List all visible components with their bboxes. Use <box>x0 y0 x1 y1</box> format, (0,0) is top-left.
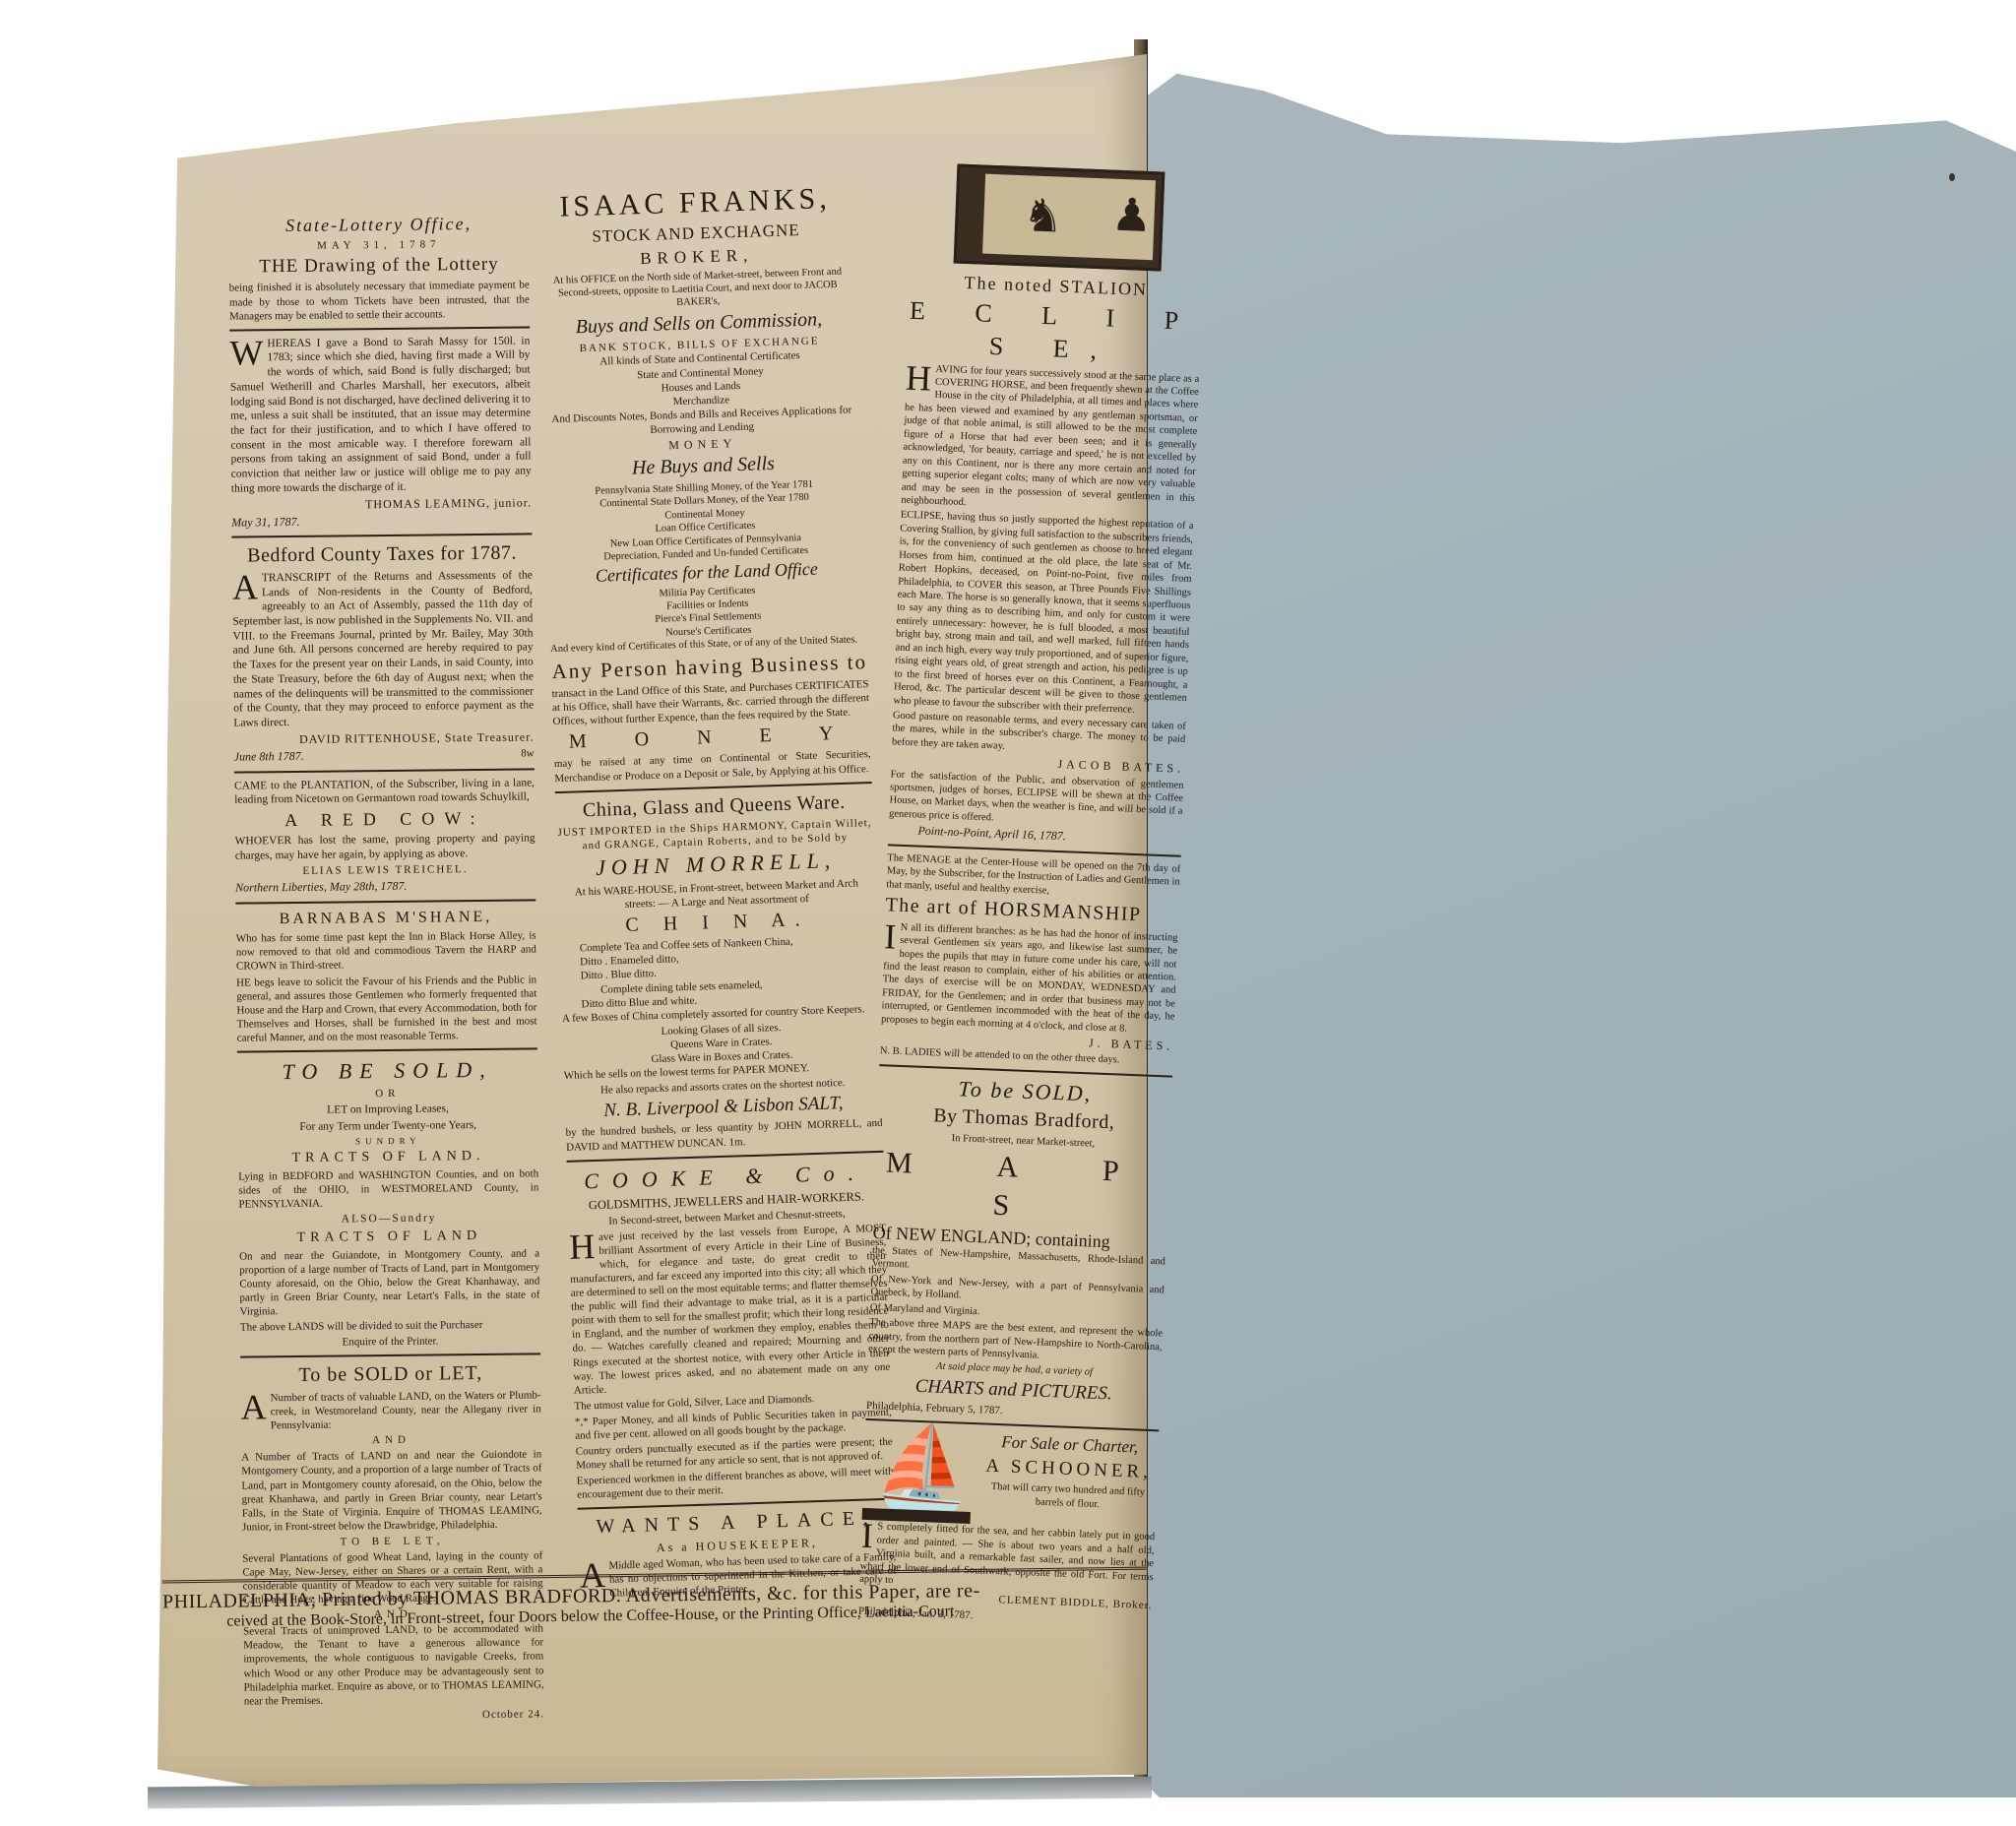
cooke-ad: COOKE & Co. GOLDSMITHS, JEWELLERS and HA… <box>567 1158 895 1502</box>
red-cow-signature: ELIAS LEWIS TREICHEL. <box>235 862 535 879</box>
lottery-notice: State-Lottery Office, MAY 31, 1787 THE D… <box>228 212 530 323</box>
eclipse-body-1: HAVING for four years successively stood… <box>901 361 1199 518</box>
bedford-headline: Bedford County Taxes for 1787. <box>231 541 532 570</box>
and-label: AND <box>241 1432 541 1449</box>
horse-icon: ♞ <box>1022 193 1064 240</box>
china-ad: China, Glass and Queens Ware. JUST IMPOR… <box>555 789 881 1099</box>
lottery-body: being finished it is absolutely necessar… <box>229 279 530 323</box>
tracts-body-3: The above LANDS will be divided to suit … <box>240 1318 540 1335</box>
tracts-for-sale: TO BE SOLD, OR LET on Improving Leases, … <box>237 1055 540 1351</box>
sold-or-let-body-1: A Number of tracts of valuable LAND, on … <box>240 1388 540 1432</box>
column-2: ISAAC FRANKS, STOCK AND EXCHAGNE BROKER,… <box>535 177 897 1604</box>
also-label: ALSO—Sundry <box>239 1211 539 1228</box>
china-items: Complete Tea and Coffee sets of Nankeen … <box>560 932 879 1011</box>
term-line: For any Term under Twenty-one Years, <box>238 1117 538 1135</box>
sold-or-let-body-4: Several Tracts of unimproved LAND, to be… <box>243 1622 544 1709</box>
tracts-enquire: Enquire of the Printer. <box>240 1334 540 1351</box>
bond-body: WHEREAS I gave a Bond to Sarah Massy for… <box>229 334 532 496</box>
divider <box>231 534 532 538</box>
divider <box>237 1047 537 1052</box>
franks-name: ISAAC FRANKS, <box>536 181 854 223</box>
or-label: OR <box>237 1085 537 1102</box>
bedford-taxes: Bedford County Taxes for 1787. A TRANSCR… <box>231 541 534 765</box>
mshane-body-1: Who has for some time past kept the Inn … <box>236 929 536 974</box>
schooner-capacity: That will carry two hundred and fifty ba… <box>978 1480 1157 1514</box>
red-cow-notice: CAME to the PLANTATION, of the Subscribe… <box>234 776 535 897</box>
lottery-headline: THE Drawing of the Lottery <box>228 253 529 281</box>
horse-woodcut-illustration: ♞ ♟ <box>953 163 1165 271</box>
tracts-label-2: TRACTS OF LAND <box>239 1227 539 1247</box>
sold-or-let-headline: To be SOLD or LET, <box>240 1361 540 1390</box>
mshane-body-2: HE begs leave to solicit the Favour of h… <box>236 973 537 1045</box>
sold-or-let-date: October 24. <box>244 1707 544 1724</box>
tracts-body-2: On and near the Guiandote, in Montgomery… <box>239 1246 540 1319</box>
lottery-office-title: State-Lottery Office, <box>228 212 529 237</box>
sundry-label: SUNDRY <box>238 1134 538 1149</box>
column-1: State-Lottery Office, MAY 31, 1787 THE D… <box>228 210 544 1726</box>
bond-signature: THOMAS LEAMING, junior. <box>231 495 532 514</box>
cooke-body-1: Have just received by the last vessels f… <box>569 1222 891 1398</box>
schooner-titles: For Sale or Charter, A SCHOONER, That wi… <box>977 1431 1159 1532</box>
bedford-date: June 8th 1787. <box>234 749 304 765</box>
ship-woodcut-illustration: ⛵ <box>862 1426 975 1524</box>
tracts-body-1: Lying in BEDFORD and WASHINGTON Counties… <box>238 1166 538 1211</box>
divider <box>234 768 535 773</box>
groom-icon: ♟ <box>1110 193 1153 240</box>
schooner-header: ⛵ For Sale or Charter, A SCHOONER, That … <box>862 1426 1159 1531</box>
sold-or-let-body-2: A Number of Tracts of LAND on and near t… <box>241 1448 542 1535</box>
bedford-body: A TRANSCRIPT of the Returns and Assessme… <box>232 568 535 730</box>
maps-word: M A P S <box>873 1144 1169 1230</box>
let-line: LET on Improving Leases, <box>237 1102 537 1119</box>
bond-date: May 31, 1787. <box>231 512 532 531</box>
divider <box>235 899 535 904</box>
column-3: ♞ ♟ The noted STALION E C L I P S E, HAV… <box>858 162 1208 1631</box>
mshane-notice: BARNABAS M'SHANE, Who has for some time … <box>235 907 536 1044</box>
blue-backing-board <box>1142 65 2016 1797</box>
eclipse-body-2: ECLIPSE, having thus so justly supported… <box>893 509 1194 719</box>
salt-ad: N. B. Liverpool & Lisbon SALT, by the hu… <box>565 1091 884 1155</box>
bedford-mark: 8w <box>521 747 535 762</box>
eclipse-ad: ♞ ♟ The noted STALION E C L I P S E, HAV… <box>888 162 1207 850</box>
bedford-signature: DAVID RITTENHOUSE, State Treasurer. <box>233 729 534 748</box>
tracts-label: TRACTS OF LAND. <box>238 1148 538 1168</box>
sold-or-let-notice: To be SOLD or LET, A Number of tracts of… <box>240 1361 544 1725</box>
lottery-date: MAY 31, 1787 <box>228 236 529 253</box>
woodcut-panel: ♞ ♟ <box>982 174 1156 261</box>
ink-spot <box>1949 173 1955 181</box>
red-cow-body: WHOEVER has lost the same, proving prope… <box>235 831 535 863</box>
divider <box>240 1354 540 1358</box>
franks-transact: transact in the Land Office of this Stat… <box>551 677 869 728</box>
ship-icon: ⛵ <box>872 1427 974 1510</box>
salt-mark: 1m. <box>728 1136 745 1149</box>
red-cow-headline: A RED COW: <box>234 806 535 832</box>
to-be-let-label: TO BE LET, <box>242 1533 542 1549</box>
tracts-headline: TO BE SOLD, <box>237 1055 537 1086</box>
bedford-footer: June 8th 1787. 8w <box>234 747 535 766</box>
franks-items-2: Pennsylvania State Shilling Money, of th… <box>545 476 864 566</box>
eclipse-body-4: For the satisfaction of the Public, and … <box>889 768 1184 832</box>
isaac-franks-ad: ISAAC FRANKS, STOCK AND EXCHAGNE BROKER,… <box>536 181 872 785</box>
red-cow-intro: CAME to the PLANTATION, of the Subscribe… <box>234 776 535 808</box>
mshane-headline: BARNABAS M'SHANE, <box>235 907 535 930</box>
eclipse-name: E C L I P S E, <box>907 294 1202 371</box>
menage-ad: The MENAGE at the Center-House will be o… <box>880 851 1181 1069</box>
franks-items-1: BANK STOCK, BILLS OF EXCHANGE All kinds … <box>540 334 859 412</box>
menage-body: IN all its different branches: as he has… <box>881 920 1178 1038</box>
bond-notice: WHEREAS I gave a Bond to Sarah Massy for… <box>229 334 532 531</box>
red-cow-date: Northern Liberties, May 28th, 1787. <box>235 878 535 897</box>
divider <box>229 326 530 331</box>
maps-ad: To be SOLD, By Thomas Bradford, In Front… <box>866 1072 1172 1424</box>
